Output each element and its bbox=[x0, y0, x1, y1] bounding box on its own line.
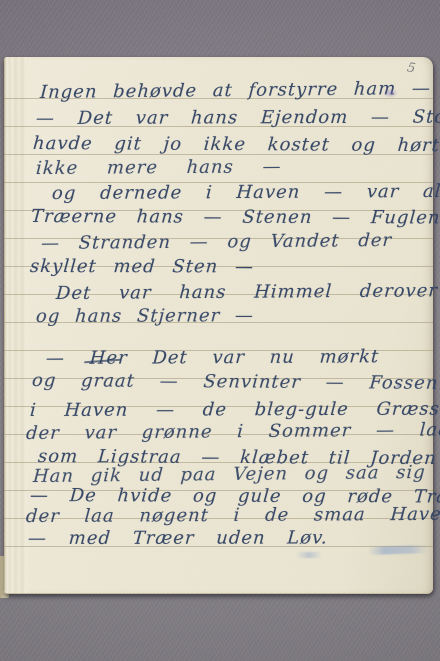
manuscript-line: og hans Stjerner — bbox=[35, 306, 254, 327]
manuscript-page: 5 Ingen behøvde at forstyrre ham —— Det … bbox=[4, 57, 433, 594]
manuscript-line: og graat — Senvinter — Fossen ( bbox=[31, 371, 440, 394]
notebook-photo: 5 Ingen behøvde at forstyrre ham —— Det … bbox=[0, 0, 440, 661]
manuscript-line: Det var hans Himmel derover — bbox=[55, 281, 440, 304]
manuscript-line: Ingen behøvde at forstyrre ham — bbox=[39, 79, 431, 103]
manuscript-line: ikke mere hans — bbox=[35, 157, 282, 179]
manuscript-line: der laa nøgent i de smaa Haver bbox=[25, 505, 440, 527]
handwritten-text: Ingen behøvde at forstyrre ham —— Det va… bbox=[4, 57, 433, 593]
manuscript-line: — med Træer uden Løv. bbox=[27, 528, 328, 549]
manuscript-line: skyllet med Sten — bbox=[29, 257, 254, 277]
manuscript-line: havde git jo ikke kostet og hørte bbox=[32, 134, 440, 156]
manuscript-line: og dernede i Haven — var alle bbox=[51, 182, 440, 204]
manuscript-line: der var grønne i Sommer — laa bbox=[25, 420, 440, 444]
manuscript-line: Han gik ud paa Vejen og saa sig om bbox=[32, 462, 440, 487]
manuscript-line: — Stranden — og Vandet der bbox=[40, 231, 392, 254]
manuscript-line: — Her Det var nu mørkt bbox=[45, 347, 380, 369]
manuscript-line: — Det var hans Ejendom — Stort bbox=[35, 108, 440, 129]
manuscript-line: Træerne hans — Stenen — Fuglene — bbox=[30, 207, 440, 229]
manuscript-line: i Haven — de bleg-gule Græsstraa bbox=[29, 399, 440, 421]
